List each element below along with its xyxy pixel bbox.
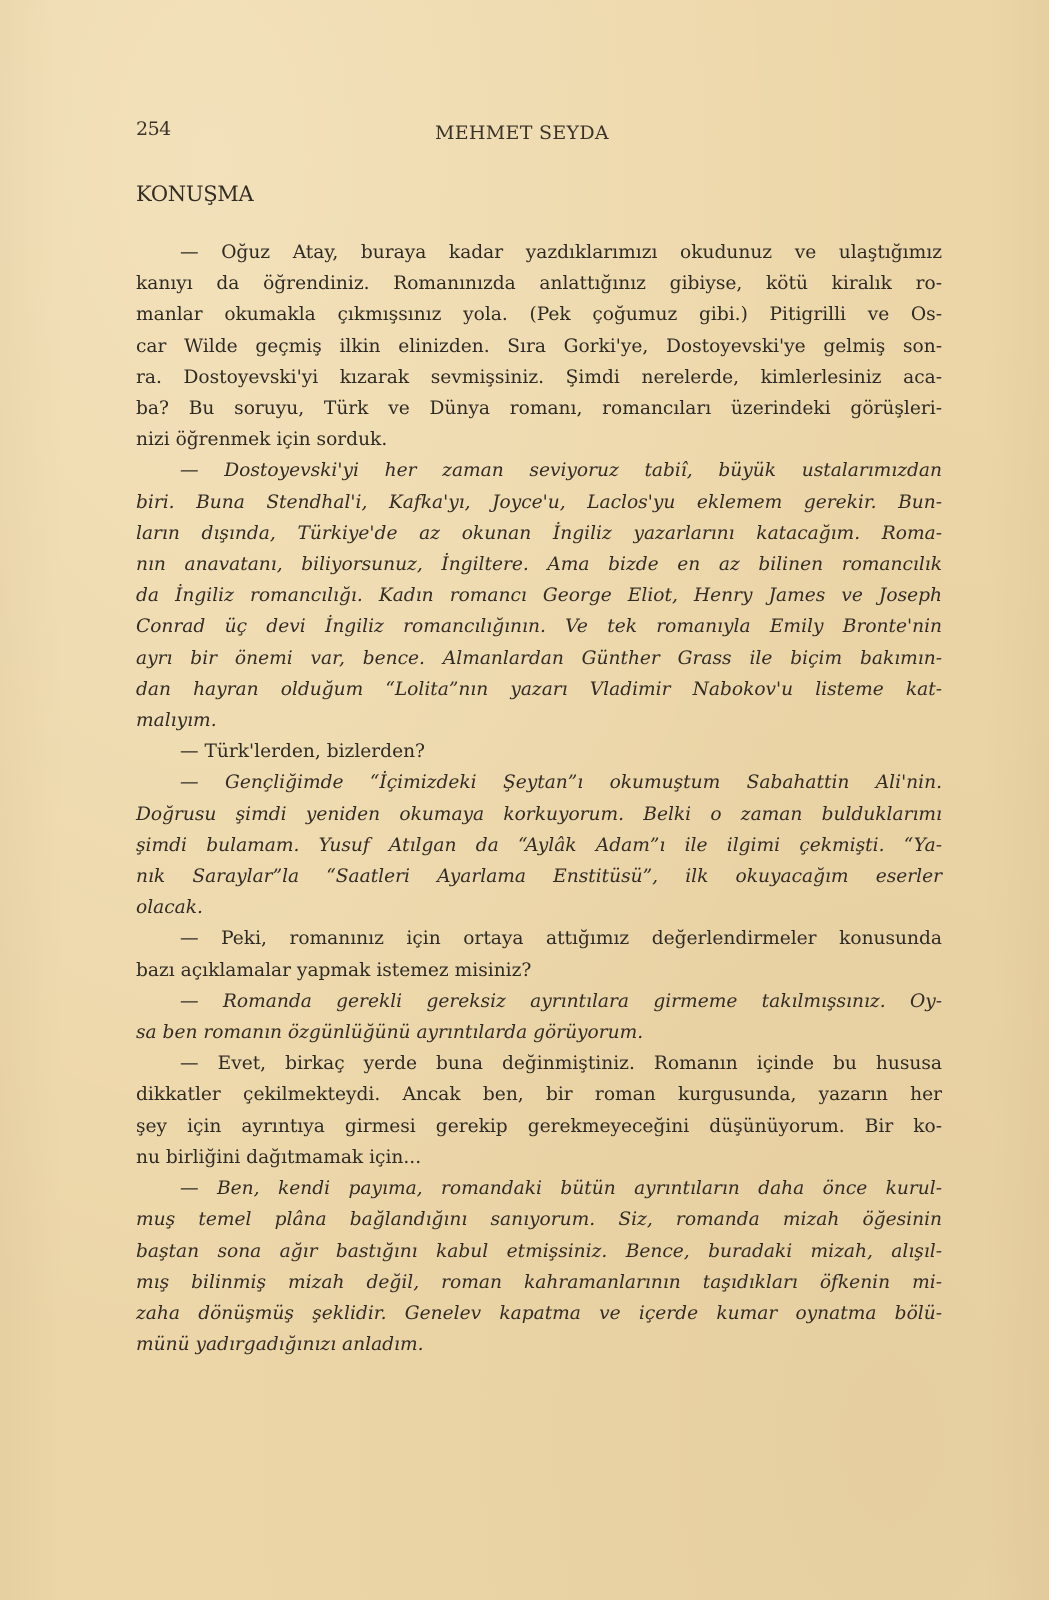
text-line: ayrı bir önemi var, bence. Almanlardan G… (136, 643, 942, 674)
text-line: olacak. (136, 892, 942, 923)
text-line: manlar okumakla çıkmışsınız yola. (Pek ç… (136, 299, 942, 330)
answer-paragraph: — Romanda gerekli gereksiz ayrıntılara g… (136, 986, 942, 1048)
text-line: kanıyı da öğrendiniz. Romanınızda anlatt… (136, 268, 942, 299)
text-line: nın anavatanı, biliyorsunuz, İngiltere. … (136, 549, 942, 580)
text-line: münü yadırgadığınızı anladım. (136, 1329, 942, 1360)
text-line: dikkatler çekilmekteydi. Ancak ben, bir … (136, 1079, 942, 1110)
answer-paragraph: — Dostoyevski'yi her zaman seviyoruz tab… (136, 455, 942, 736)
text-line: ların dışında, Türkiye'de az okunan İngi… (136, 518, 942, 549)
section-title: KONUŞMA (136, 182, 942, 206)
running-title: MEHMET SEYDA (435, 122, 609, 144)
text-line: — Romanda gerekli gereksiz ayrıntılara g… (136, 986, 942, 1017)
answer-paragraph: — Ben, kendi payıma, romandaki bütün ayr… (136, 1173, 942, 1360)
text-line: nık Saraylar”la “Saatleri Ayarlama Ensti… (136, 861, 942, 892)
answer-paragraph: — Gençliğimde “İçimizdeki Şeytan”ı okumu… (136, 767, 942, 923)
interview-body: — Oğuz Atay, buraya kadar yazdıklarımızı… (136, 237, 942, 1360)
text-line: — Evet, birkaç yerde buna değinmiştiniz.… (136, 1048, 942, 1079)
question-paragraph: — Peki, romanınız için ortaya attığımız … (136, 923, 942, 985)
text-line: sa ben romanın özgünlüğünü ayrıntılarda … (136, 1017, 942, 1048)
text-line: şey için ayrıntıya girmesi gerekip gerek… (136, 1111, 942, 1142)
text-line: ba? Bu soruyu, Türk ve Dünya romanı, rom… (136, 393, 942, 424)
text-line: car Wilde geçmiş ilkin elinizden. Sıra G… (136, 331, 942, 362)
text-line: zaha dönüşmüş şeklidir. Genelev kapatma … (136, 1298, 942, 1329)
text-line: — Gençliğimde “İçimizdeki Şeytan”ı okumu… (136, 767, 942, 798)
text-line: bazı açıklamalar yapmak istemez misiniz? (136, 955, 942, 986)
text-line: baştan sona ağır bastığını kabul etmişsi… (136, 1236, 942, 1267)
text-line: muş temel plâna bağlandığını sanıyorum. … (136, 1204, 942, 1235)
text-line: — Peki, romanınız için ortaya attığımız … (136, 923, 942, 954)
text-line: Doğrusu şimdi yeniden okumaya korkuyorum… (136, 799, 942, 830)
text-line: — Türk'lerden, bizlerden? (136, 736, 942, 767)
text-line: — Ben, kendi payıma, romandaki bütün ayr… (136, 1173, 942, 1204)
page-number: 254 (136, 118, 171, 140)
question-paragraph: — Oğuz Atay, buraya kadar yazdıklarımızı… (136, 237, 942, 455)
question-paragraph: — Türk'lerden, bizlerden? (136, 736, 942, 767)
text-line: nu birliğini dağıtmamak için... (136, 1142, 942, 1173)
text-line: biri. Buna Stendhal'i, Kafka'yı, Joyce'u… (136, 487, 942, 518)
question-paragraph: — Evet, birkaç yerde buna değinmiştiniz.… (136, 1048, 942, 1173)
text-line: — Dostoyevski'yi her zaman seviyoruz tab… (136, 455, 942, 486)
book-page: 254 MEHMET SEYDA KONUŞMA — Oğuz Atay, bu… (136, 112, 942, 1360)
text-line: şimdi bulamam. Yusuf Atılgan da “Aylâk A… (136, 830, 942, 861)
text-line: nizi öğrenmek için sorduk. (136, 424, 942, 455)
text-line: mış bilinmiş mizah değil, roman kahraman… (136, 1267, 942, 1298)
text-line: da İngiliz romancılığı. Kadın romancı Ge… (136, 580, 942, 611)
text-line: ra. Dostoyevski'yi kızarak sevmişsiniz. … (136, 362, 942, 393)
text-line: Conrad üç devi İngiliz romancılığının. V… (136, 611, 942, 642)
text-line: dan hayran olduğum “Lolita”nın yazarı Vl… (136, 674, 942, 705)
running-head: 254 MEHMET SEYDA (136, 112, 942, 148)
text-line: malıyım. (136, 705, 942, 736)
text-line: — Oğuz Atay, buraya kadar yazdıklarımızı… (136, 237, 942, 268)
